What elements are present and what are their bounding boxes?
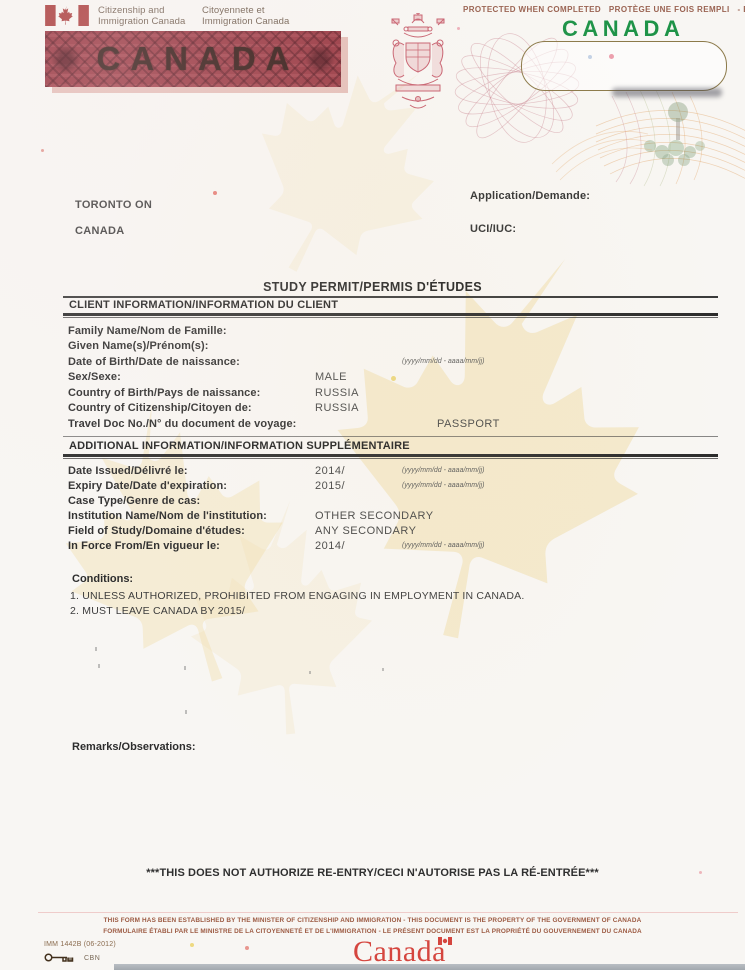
scan-speck: [190, 943, 194, 947]
client-info-heading: CLIENT INFORMATION/INFORMATION DU CLIENT: [63, 298, 718, 313]
field-label: Given Name(s)/Prénom(s):: [68, 340, 209, 352]
canada-flag-icon: [45, 5, 89, 26]
field-row-given-name: Given Name(s)/Prénom(s):: [68, 340, 718, 354]
scan-edge-strip: [114, 964, 745, 970]
date-format-note: (yyyy/mm/dd - aaaa/mm/jj): [402, 358, 484, 365]
field-value: 2014/: [315, 540, 345, 552]
section-rule: [63, 313, 718, 316]
address-city-line: TORONTO ON: [75, 199, 152, 212]
section-rule: [63, 317, 718, 318]
field-value: 2015/: [315, 480, 345, 492]
field-row-family-name: Family Name/Nom de Famille:: [68, 325, 718, 339]
field-label: Date of Birth/Date de naissance:: [68, 356, 240, 368]
canada-security-banner: CANADA: [45, 31, 341, 87]
scan-speck: [245, 946, 249, 950]
document-title: STUDY PERMIT/PERMIS D'ÉTUDES: [0, 280, 745, 294]
field-row-citizenship: Country of Citizenship/Citoyen de: RUSSI…: [68, 402, 718, 416]
scan-speck: [699, 871, 702, 874]
field-row-in-force-from: In Force From/En vigueur le: 2014/ (yyyy…: [68, 540, 718, 554]
field-label: Institution Name/Nom de l'institution:: [68, 510, 267, 522]
department-name-fr: Citoyennete et Immigration Canada: [202, 6, 289, 27]
field-label: Date Issued/Délivré le:: [68, 465, 188, 477]
field-value: OTHER SECONDARY: [315, 510, 434, 522]
field-row-date-issued: Date Issued/Délivré le: 2014/ (yyyy/mm/d…: [68, 465, 718, 479]
protected-notice: PROTECTED WHEN COMPLETED PROTÈGE UNE FOI…: [463, 5, 745, 14]
guilloche-mesh: [596, 90, 745, 186]
key-icon: [44, 952, 76, 963]
field-value: RUSSIA: [315, 387, 359, 399]
field-value: RUSSIA: [315, 402, 359, 414]
section-rule: [63, 458, 718, 459]
field-row-institution-name: Institution Name/Nom de l'institution: O…: [68, 510, 718, 524]
scan-mark: [98, 664, 100, 668]
scan-mark: [184, 666, 186, 670]
field-label: Family Name/Nom de Famille:: [68, 325, 227, 337]
field-row-date-of-birth: Date of Birth/Date de naissance: (yyyy/m…: [68, 356, 718, 370]
guilloche-flourish: [552, 131, 652, 180]
footer-line-en: THIS FORM HAS BEEN ESTABLISHED BY THE MI…: [0, 917, 745, 924]
reentry-notice: ***THIS DOES NOT AUTHORIZE RE-ENTRY/CECI…: [0, 867, 745, 879]
scan-speck: [588, 55, 592, 59]
date-format-note: (yyyy/mm/dd - aaaa/mm/jj): [402, 467, 484, 474]
field-label: Case Type/Genre de cas:: [68, 495, 200, 507]
banner-text: CANADA: [87, 40, 300, 78]
section-rule: [63, 454, 718, 457]
remarks-heading: Remarks/Observations:: [72, 741, 196, 753]
address-country-line: CANADA: [75, 225, 152, 238]
field-label: Sex/Sexe:: [68, 371, 121, 383]
field-label: In Force From/En vigueur le:: [68, 540, 220, 552]
document-number-box: [521, 41, 727, 91]
field-label: Travel Doc No./N° du document de voyage:: [68, 418, 296, 430]
field-label: Field of Study/Domaine d'études:: [68, 525, 245, 537]
field-value: 2014/: [315, 465, 345, 477]
scan-mark: [309, 671, 311, 674]
redacted-serial-smudge: [612, 88, 722, 97]
scan-speck: [213, 191, 217, 195]
date-format-note: (yyyy/mm/dd - aaaa/mm/jj): [402, 542, 484, 549]
scan-mark: [95, 647, 97, 651]
field-row-expiry-date: Expiry Date/Date d'expiration: 2015/ (yy…: [68, 480, 718, 494]
footer-line-fr: FORMULAIRE ÉTABLI PAR LE MINISTRE DE LA …: [0, 928, 745, 935]
field-row-case-type: Case Type/Genre de cas:: [68, 495, 718, 509]
travel-doc-type-value: PASSPORT: [437, 418, 500, 430]
section-divider-hairline: [63, 436, 718, 437]
security-tree-icon: [644, 102, 705, 166]
country-name-green: CANADA: [562, 16, 684, 42]
scan-mark: [382, 668, 384, 671]
conditions-heading: Conditions:: [72, 573, 133, 585]
date-format-note: (yyyy/mm/dd - aaaa/mm/jj): [402, 482, 484, 489]
field-row-field-of-study: Field of Study/Domaine d'études: ANY SEC…: [68, 525, 718, 539]
coat-of-arms-icon: [388, 13, 448, 113]
client-info-section-header: CLIENT INFORMATION/INFORMATION DU CLIENT: [63, 298, 718, 318]
department-name-en: Citizenship and Immigration Canada: [98, 6, 185, 27]
issuing-office-address: TORONTO ON CANADA: [75, 186, 152, 251]
field-row-country-of-birth: Country of Birth/Pays de naissance: RUSS…: [68, 387, 718, 401]
study-permit-document: Citizenship and Immigration Canada Citoy…: [0, 0, 745, 970]
form-number: IMM 1442B (06-2012): [44, 941, 116, 948]
scan-speck: [609, 54, 614, 59]
uci-label: UCI/IUC:: [470, 223, 516, 235]
additional-info-section-header: ADDITIONAL INFORMATION/INFORMATION SUPPL…: [63, 439, 718, 459]
application-label: Application/Demande:: [470, 190, 590, 202]
scan-speck: [457, 27, 460, 30]
field-value: MALE: [315, 371, 347, 383]
scan-speck: [391, 376, 396, 381]
condition-item-1: 1. UNLESS AUTHORIZED, PROHIBITED FROM EN…: [70, 590, 525, 602]
additional-info-heading: ADDITIONAL INFORMATION/INFORMATION SUPPL…: [63, 439, 718, 454]
condition-item-2: 2. MUST LEAVE CANADA BY 2015/: [70, 605, 245, 617]
canada-wordmark-flag-icon: [438, 937, 452, 945]
footer-divider: [38, 912, 738, 913]
field-label: Expiry Date/Date d'expiration:: [68, 480, 227, 492]
printer-code: CBN: [84, 955, 100, 962]
scan-speck: [41, 149, 44, 152]
field-value: ANY SECONDARY: [315, 525, 416, 537]
scan-mark: [185, 710, 187, 714]
field-row-travel-doc: Travel Doc No./N° du document de voyage:…: [68, 418, 718, 432]
field-label: Country of Citizenship/Citoyen de:: [68, 402, 252, 414]
field-label: Country of Birth/Pays de naissance:: [68, 387, 260, 399]
